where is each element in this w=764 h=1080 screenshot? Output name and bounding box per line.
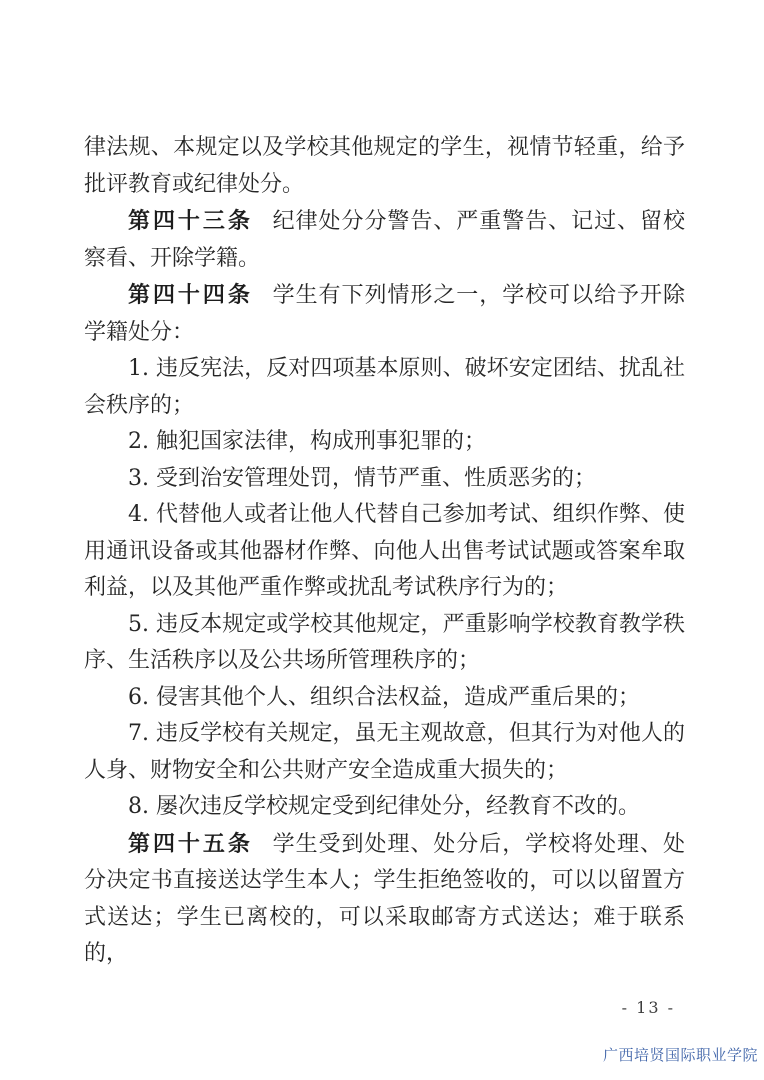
article-paragraph: 第四十四条学生有下列情形之一，学校可以给予开除学籍处分： <box>84 277 685 351</box>
article-number: 第四十五条 <box>128 831 253 857</box>
article-paragraph: 第四十三条纪律处分分警告、严重警告、记过、留校察看、开除学籍。 <box>84 203 685 277</box>
body-paragraph: 2. 触犯国家法律，构成刑事犯罪的； <box>84 424 685 461</box>
page-number: - 13 - <box>622 998 675 1017</box>
article-paragraph: 第四十五条学生受到处理、处分后，学校将处理、处分决定书直接送达学生本人；学生拒绝… <box>84 826 685 973</box>
body-paragraph: 8. 屡次违反学校规定受到纪律处分，经教育不改的。 <box>84 789 685 826</box>
article-number: 第四十三条 <box>128 208 253 234</box>
body-paragraph: 律法规、本规定以及学校其他规定的学生，视情节轻重，给予批评教育或纪律处分。 <box>84 130 685 203</box>
body-paragraph: 4. 代替他人或者让他人代替自己参加考试、组织作弊、使用通讯设备或其他器材作弊、… <box>84 497 685 607</box>
article-number: 第四十四条 <box>128 282 253 308</box>
body-paragraph: 6. 侵害其他个人、组织合法权益，造成严重后果的； <box>84 680 685 717</box>
body-paragraph: 1. 违反宪法，反对四项基本原则、破坏安定团结、扰乱社会秩序的； <box>84 351 685 424</box>
body-paragraph: 5. 违反本规定或学校其他规定，严重影响学校教育教学秩序、生活秩序以及公共场所管… <box>84 607 685 680</box>
body-paragraph: 7. 违反学校有关规定，虽无主观故意，但其行为对他人的人身、财物安全和公共财产安… <box>84 716 685 789</box>
document-body: 律法规、本规定以及学校其他规定的学生，视情节轻重，给予批评教育或纪律处分。第四十… <box>84 130 685 973</box>
body-paragraph: 3. 受到治安管理处罚，情节严重、性质恶劣的； <box>84 461 685 498</box>
school-name-watermark: 广西培贤国际职业学院 <box>603 1044 758 1065</box>
document-page: 律法规、本规定以及学校其他规定的学生，视情节轻重，给予批评教育或纪律处分。第四十… <box>0 0 764 1080</box>
